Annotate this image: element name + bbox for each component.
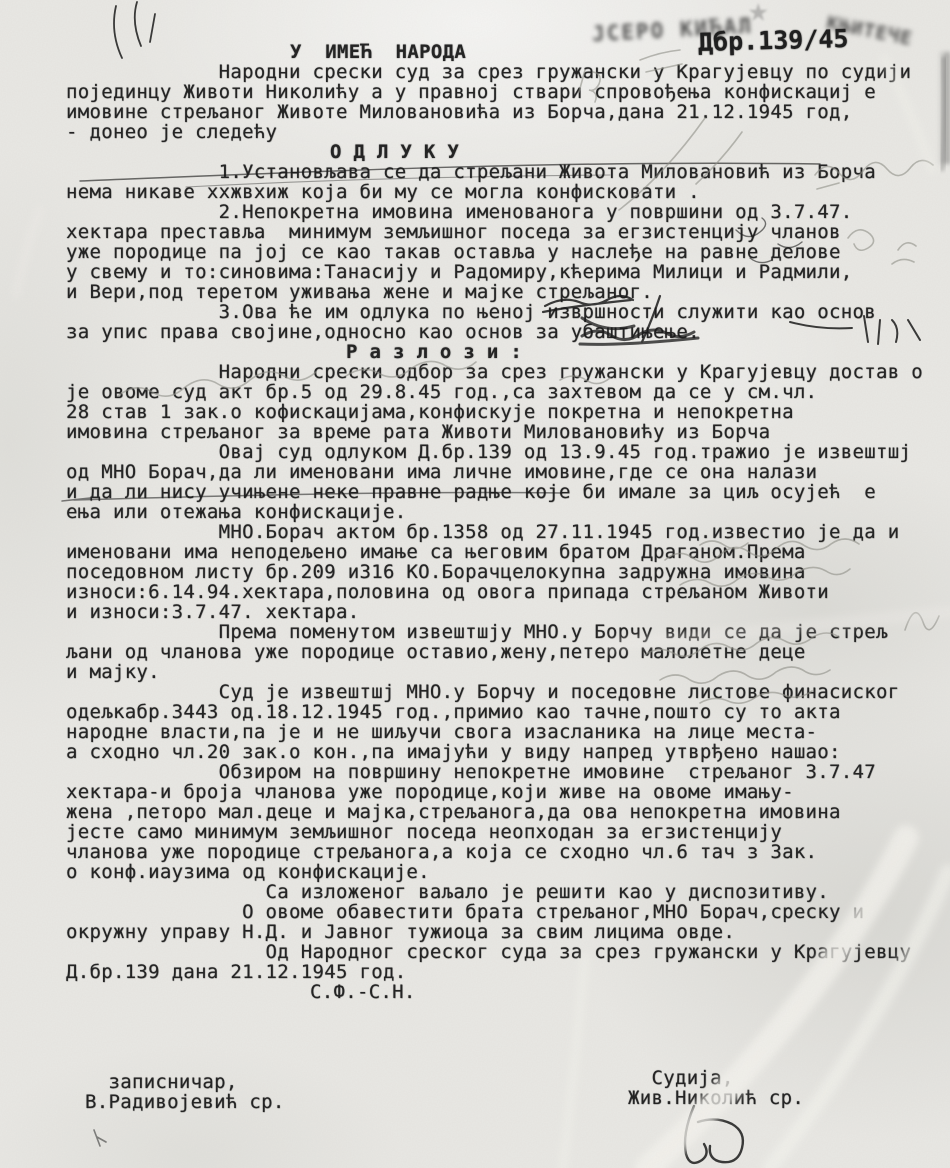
- recorder-signature: записничар, В.Радивојевић ср.: [85, 1072, 285, 1112]
- decision-item-2: 2.Непокретна имовина именованога у површ…: [66, 202, 934, 302]
- scanned-document-page: ЈСЕРО КИЂАЛ КЊИТЕЧЕ ★ Дбр.139/45 У ИМЕЋ …: [0, 0, 950, 1168]
- document-body: У ИМЕЋ НАРОДА Народни срески суд за срез…: [66, 42, 934, 1002]
- intro-paragraph: Народни срески суд за срез гружански у К…: [66, 62, 934, 122]
- star-icon: ★: [748, 0, 768, 30]
- decision-heading: О Д Л У К У: [66, 142, 934, 162]
- reasons-paragraph-6: Обзиром на површину непокретне имовине с…: [66, 762, 934, 882]
- judge-signature: Судија, Жив.Николић ср.: [628, 1068, 804, 1108]
- reasons-paragraph-5: Суд је извештшј МНО.у Борчу и поседовне …: [66, 682, 934, 762]
- decision-item-1: 1.Установљава се да стрељани Живота Мило…: [66, 162, 934, 202]
- reasons-paragraph-9: Од Народног среског суда за срез гружанс…: [66, 942, 934, 982]
- initials-line: С.Ф.-С.Н.: [66, 982, 934, 1002]
- reasons-paragraph-7: Са изложеног ваљало је решити као у дисп…: [66, 882, 934, 902]
- reasons-paragraph-1: Народни срески одбор за срез гружански у…: [66, 362, 934, 442]
- decision-item-3: 3.Ова ће им одлука по њеној извршности с…: [66, 302, 934, 342]
- document-title: У ИМЕЋ НАРОДА: [66, 42, 934, 62]
- reasons-paragraph-8: О овоме обавестити брата стрељаног,МНО Б…: [66, 902, 934, 942]
- reasons-paragraph-4: Према поменутом извештшју МНО.у Борчу ви…: [66, 622, 934, 682]
- scan-edge-shadow: [938, 52, 950, 164]
- reasons-paragraph-3: МНО.Борач актом бр.1358 од 27.11.1945 го…: [66, 522, 934, 622]
- reasons-heading: Р а з л о з и :: [66, 342, 934, 362]
- reasons-paragraph-2: Овај суд одлуком Д.бр.139 од 13.9.45 год…: [66, 442, 934, 522]
- intro-closing-line: - донео је следећу: [66, 122, 934, 142]
